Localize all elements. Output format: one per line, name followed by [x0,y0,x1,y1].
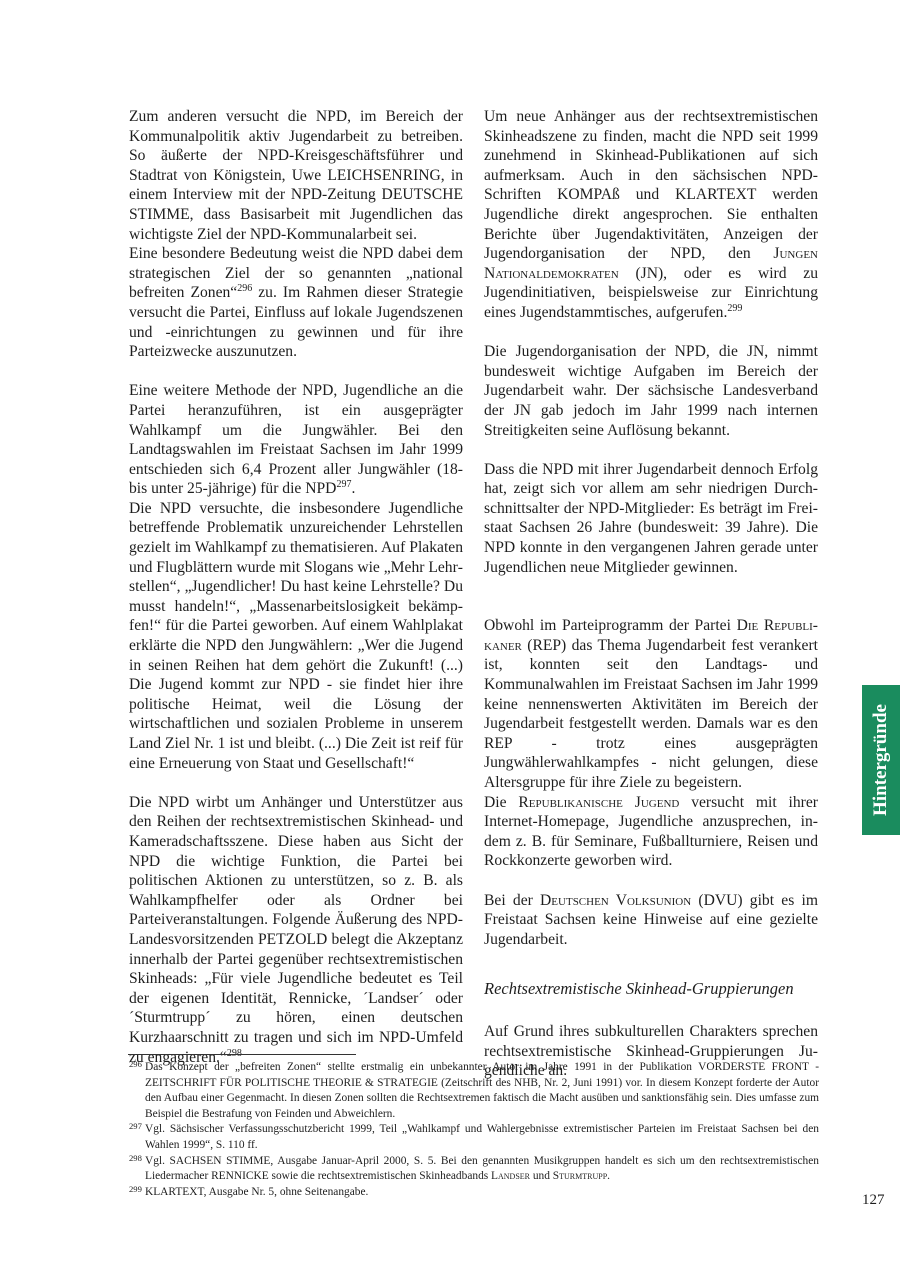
org-name: Deutschen Volksunion [540,892,691,909]
text: . [351,480,355,497]
footnote-divider [128,1054,356,1055]
paragraph: Obwohl im Parteiprogramm der Partei Die … [484,616,818,792]
footnote-text: Das Konzept der „befreiten Zonen“ stellt… [145,1061,819,1120]
paragraph: Bei der Deutschen Volksunion (DVU) gibt … [484,891,818,950]
page-number: 127 [862,1192,885,1209]
footnote-number: 298 [129,1151,142,1167]
footnote-296: 296Das Konzept der „befreiten Zonen“ ste… [129,1060,819,1122]
text: Um neue Anhänger aus der rechtsextremist… [484,108,818,262]
text: Die NPD wirbt um Anhänger und Unterstütz… [129,794,463,1066]
right-column: Um neue Anhänger aus der rechtsextremist… [484,107,818,1081]
footnote-ref[interactable]: 299 [727,303,742,314]
paragraph: Die Republikanische Jugend versucht mit … [484,793,818,871]
footnote-298: 298Vgl. SACHSEN STIMME, Ausgabe Januar-A… [129,1154,819,1185]
footnote-text: Vgl. SACHSEN STIMME, Ausgabe Januar-Apri… [145,1155,819,1183]
footnote-text: KLARTEXT, Ausgabe Nr. 5, ohne Seitenanga… [145,1186,368,1198]
org-name: Republikanische Jugend [518,794,679,811]
section-tab-hintergruende: Hintergründe [862,685,900,835]
section-subheading: Rechtsextremistische Skinhead-Gruppierun… [484,979,818,999]
text: Obwohl im Parteiprogramm der Partei [484,617,737,634]
footnote-ref[interactable]: 296 [237,283,252,294]
text: Die [484,794,518,811]
footnote-number: 299 [129,1182,142,1198]
paragraph: Die Jugendorganisation der NPD, die JN, … [484,342,818,440]
footnote-297: 297Vgl. Sächsischer Verfassungsschutzber… [129,1122,819,1153]
footnote-number: 297 [129,1119,142,1135]
footnote-text: Vgl. Sächsischer Verfassungsschutzberich… [145,1123,819,1151]
paragraph: Eine besondere Bedeutung weist die NPD d… [129,244,463,362]
paragraph: Die NPD versuchte, die insbesondere Juge… [129,499,463,773]
band-name: Landser [491,1170,530,1182]
paragraph: Eine weitere Methode der NPD, Jugendlich… [129,381,463,499]
footnotes: 296Das Konzept der „befreiten Zonen“ ste… [129,1060,819,1200]
text: Bei der [484,892,540,909]
left-column: Zum anderen versucht die NPD, im Bereich… [129,107,463,1067]
footnote-299: 299KLARTEXT, Ausgabe Nr. 5, ohne Seitena… [129,1185,819,1201]
section-tab-label: Hintergründe [870,704,892,816]
paragraph: Die NPD wirbt um Anhänger und Unterstütz… [129,793,463,1067]
footnote-ref[interactable]: 298 [227,1048,242,1059]
footnote-ref[interactable]: 297 [336,479,351,490]
footnote-text: . [607,1170,610,1182]
text: Eine weitere Methode der NPD, Jugendlich… [129,382,463,497]
footnote-text: und [530,1170,553,1182]
text: (REP) das Thema Jugendarbeit fest verank… [484,637,818,791]
paragraph: Dass die NPD mit ihrer Jugendarbeit denn… [484,460,818,578]
band-name: Sturmtrupp [553,1170,607,1182]
footnote-number: 296 [129,1057,142,1073]
paragraph: Um neue Anhänger aus der rechtsextremist… [484,107,818,323]
paragraph: Zum anderen versucht die NPD, im Bereich… [129,107,463,244]
